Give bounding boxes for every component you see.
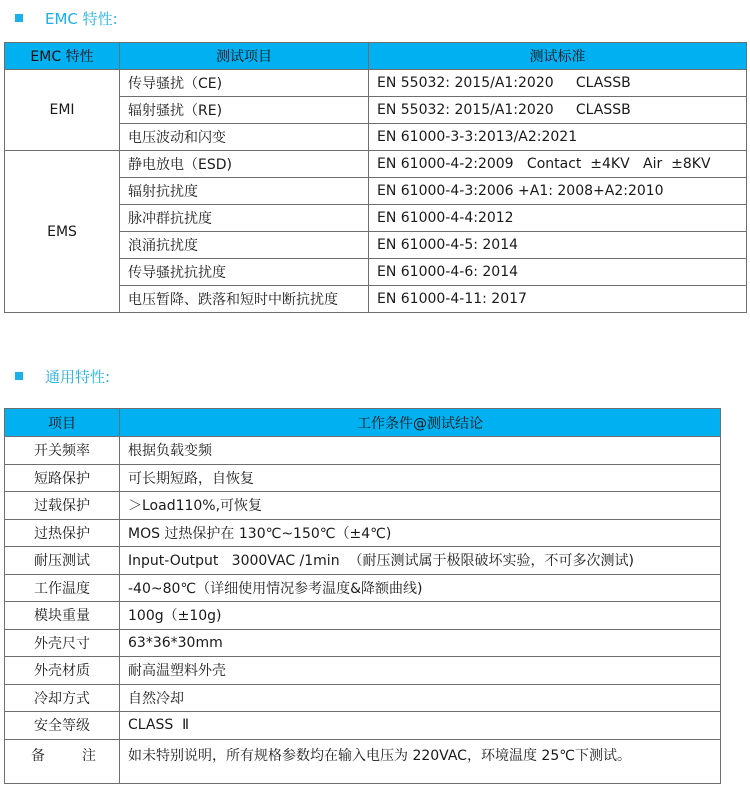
test-item-cell: 浪涌抗扰度 [120, 232, 369, 259]
value-cell: CLASS Ⅱ [120, 712, 721, 740]
item-cell: 冷却方式 [5, 684, 120, 712]
test-standard-cell: EN 61000-3-3:2013/A2:2021 [369, 124, 747, 151]
value-cell: Input-Output 3000VAC /1min （耐压测试属于极限破坏实验… [120, 547, 721, 575]
item-cell: 耐压测试 [5, 547, 120, 575]
table-row: 过载保护 ＞Load110%,可恢复 [5, 492, 721, 520]
square-bullet-icon [15, 14, 23, 22]
table-row: 过热保护 MOS 过热保护在 130℃~150℃（±4℃) [5, 519, 721, 547]
note-row: 备 注 如未特别说明，所有规格参数均在输入电压为 220VAC，环境温度 25℃… [5, 739, 721, 783]
test-standard-cell: EN 61000-4-11: 2017 [369, 286, 747, 313]
value-cell: 可长期短路，自恢复 [120, 464, 721, 492]
emc-section-heading: EMC 特性: [15, 6, 118, 30]
test-item-cell: 传导骚扰抗扰度 [120, 259, 369, 286]
general-section-heading: 通用特性: [15, 364, 110, 388]
test-standard-cell: EN 55032: 2015/A1:2020 CLASSB [369, 97, 747, 124]
general-characteristics-table: 项目 工作条件@测试结论 开关频率 根据负载变频 短路保护 可长期短路，自恢复 … [4, 408, 721, 784]
emc-section-title: EMC 特性: [45, 8, 118, 29]
item-cell: 外壳尺寸 [5, 629, 120, 657]
note-label-left: 备 [31, 745, 45, 765]
value-cell: 自然冷却 [120, 684, 721, 712]
value-cell: ＞Load110%,可恢复 [120, 492, 721, 520]
value-cell: -40~80℃（详细使用情况参考温度&降额曲线) [120, 574, 721, 602]
item-cell: 安全等级 [5, 712, 120, 740]
table-row: 外壳尺寸 63*36*30mm [5, 629, 721, 657]
item-cell: 过热保护 [5, 519, 120, 547]
column-header-emc-characteristic: EMC 特性 [5, 43, 120, 70]
table-row: 外壳材质 耐高温塑料外壳 [5, 657, 721, 685]
table-row: EMS 静电放电（ESD) EN 61000-4-2:2009 Contact … [5, 151, 747, 178]
column-header-test-item: 测试项目 [120, 43, 369, 70]
test-item-cell: 静电放电（ESD) [120, 151, 369, 178]
column-header-item: 项目 [5, 409, 120, 437]
test-standard-cell: EN 61000-4-6: 2014 [369, 259, 747, 286]
test-item-cell: 辐射骚扰（RE) [120, 97, 369, 124]
square-bullet-icon [15, 372, 23, 380]
table-row: EMI 传导骚扰（CE) EN 55032: 2015/A1:2020 CLAS… [5, 70, 747, 97]
group-label-ems: EMS [5, 151, 120, 313]
value-cell: 根据负载变频 [120, 437, 721, 465]
column-header-test-standard: 测试标准 [369, 43, 747, 70]
table-row: 冷却方式 自然冷却 [5, 684, 721, 712]
table-row: 耐压测试 Input-Output 3000VAC /1min （耐压测试属于极… [5, 547, 721, 575]
test-item-cell: 电压波动和闪变 [120, 124, 369, 151]
value-cell: 63*36*30mm [120, 629, 721, 657]
value-cell: MOS 过热保护在 130℃~150℃（±4℃) [120, 519, 721, 547]
value-cell: 耐高温塑料外壳 [120, 657, 721, 685]
table-row: 短路保护 可长期短路，自恢复 [5, 464, 721, 492]
note-label-cell: 备 注 [5, 739, 120, 783]
test-standard-cell: EN 55032: 2015/A1:2020 CLASSB [369, 70, 747, 97]
table-row: 模块重量 100g（±10g) [5, 602, 721, 630]
item-cell: 开关频率 [5, 437, 120, 465]
general-table-header-row: 项目 工作条件@测试结论 [5, 409, 721, 437]
test-standard-cell: EN 61000-4-3:2006 +A1: 2008+A2:2010 [369, 178, 747, 205]
general-section-title: 通用特性: [45, 366, 110, 387]
test-item-cell: 辐射抗扰度 [120, 178, 369, 205]
item-cell: 外壳材质 [5, 657, 120, 685]
emc-table: EMC 特性 测试项目 测试标准 EMI 传导骚扰（CE) EN 55032: … [4, 42, 747, 313]
item-cell: 短路保护 [5, 464, 120, 492]
test-standard-cell: EN 61000-4-2:2009 Contact ±4KV Air ±8KV [369, 151, 747, 178]
table-row: 开关频率 根据负载变频 [5, 437, 721, 465]
test-item-cell: 电压暂降、跌落和短时中断抗扰度 [120, 286, 369, 313]
item-cell: 工作温度 [5, 574, 120, 602]
table-row: 安全等级 CLASS Ⅱ [5, 712, 721, 740]
group-label-emi: EMI [5, 70, 120, 151]
note-label-right: 注 [82, 745, 96, 765]
test-item-cell: 传导骚扰（CE) [120, 70, 369, 97]
column-header-conditions: 工作条件@测试结论 [120, 409, 721, 437]
item-cell: 过载保护 [5, 492, 120, 520]
test-item-cell: 脉冲群抗扰度 [120, 205, 369, 232]
table-row: 工作温度 -40~80℃（详细使用情况参考温度&降额曲线) [5, 574, 721, 602]
note-value-cell: 如未特别说明，所有规格参数均在输入电压为 220VAC，环境温度 25℃下测试。 [120, 739, 721, 783]
item-cell: 模块重量 [5, 602, 120, 630]
value-cell: 100g（±10g) [120, 602, 721, 630]
test-standard-cell: EN 61000-4-4:2012 [369, 205, 747, 232]
emc-table-header-row: EMC 特性 测试项目 测试标准 [5, 43, 747, 70]
test-standard-cell: EN 61000-4-5: 2014 [369, 232, 747, 259]
